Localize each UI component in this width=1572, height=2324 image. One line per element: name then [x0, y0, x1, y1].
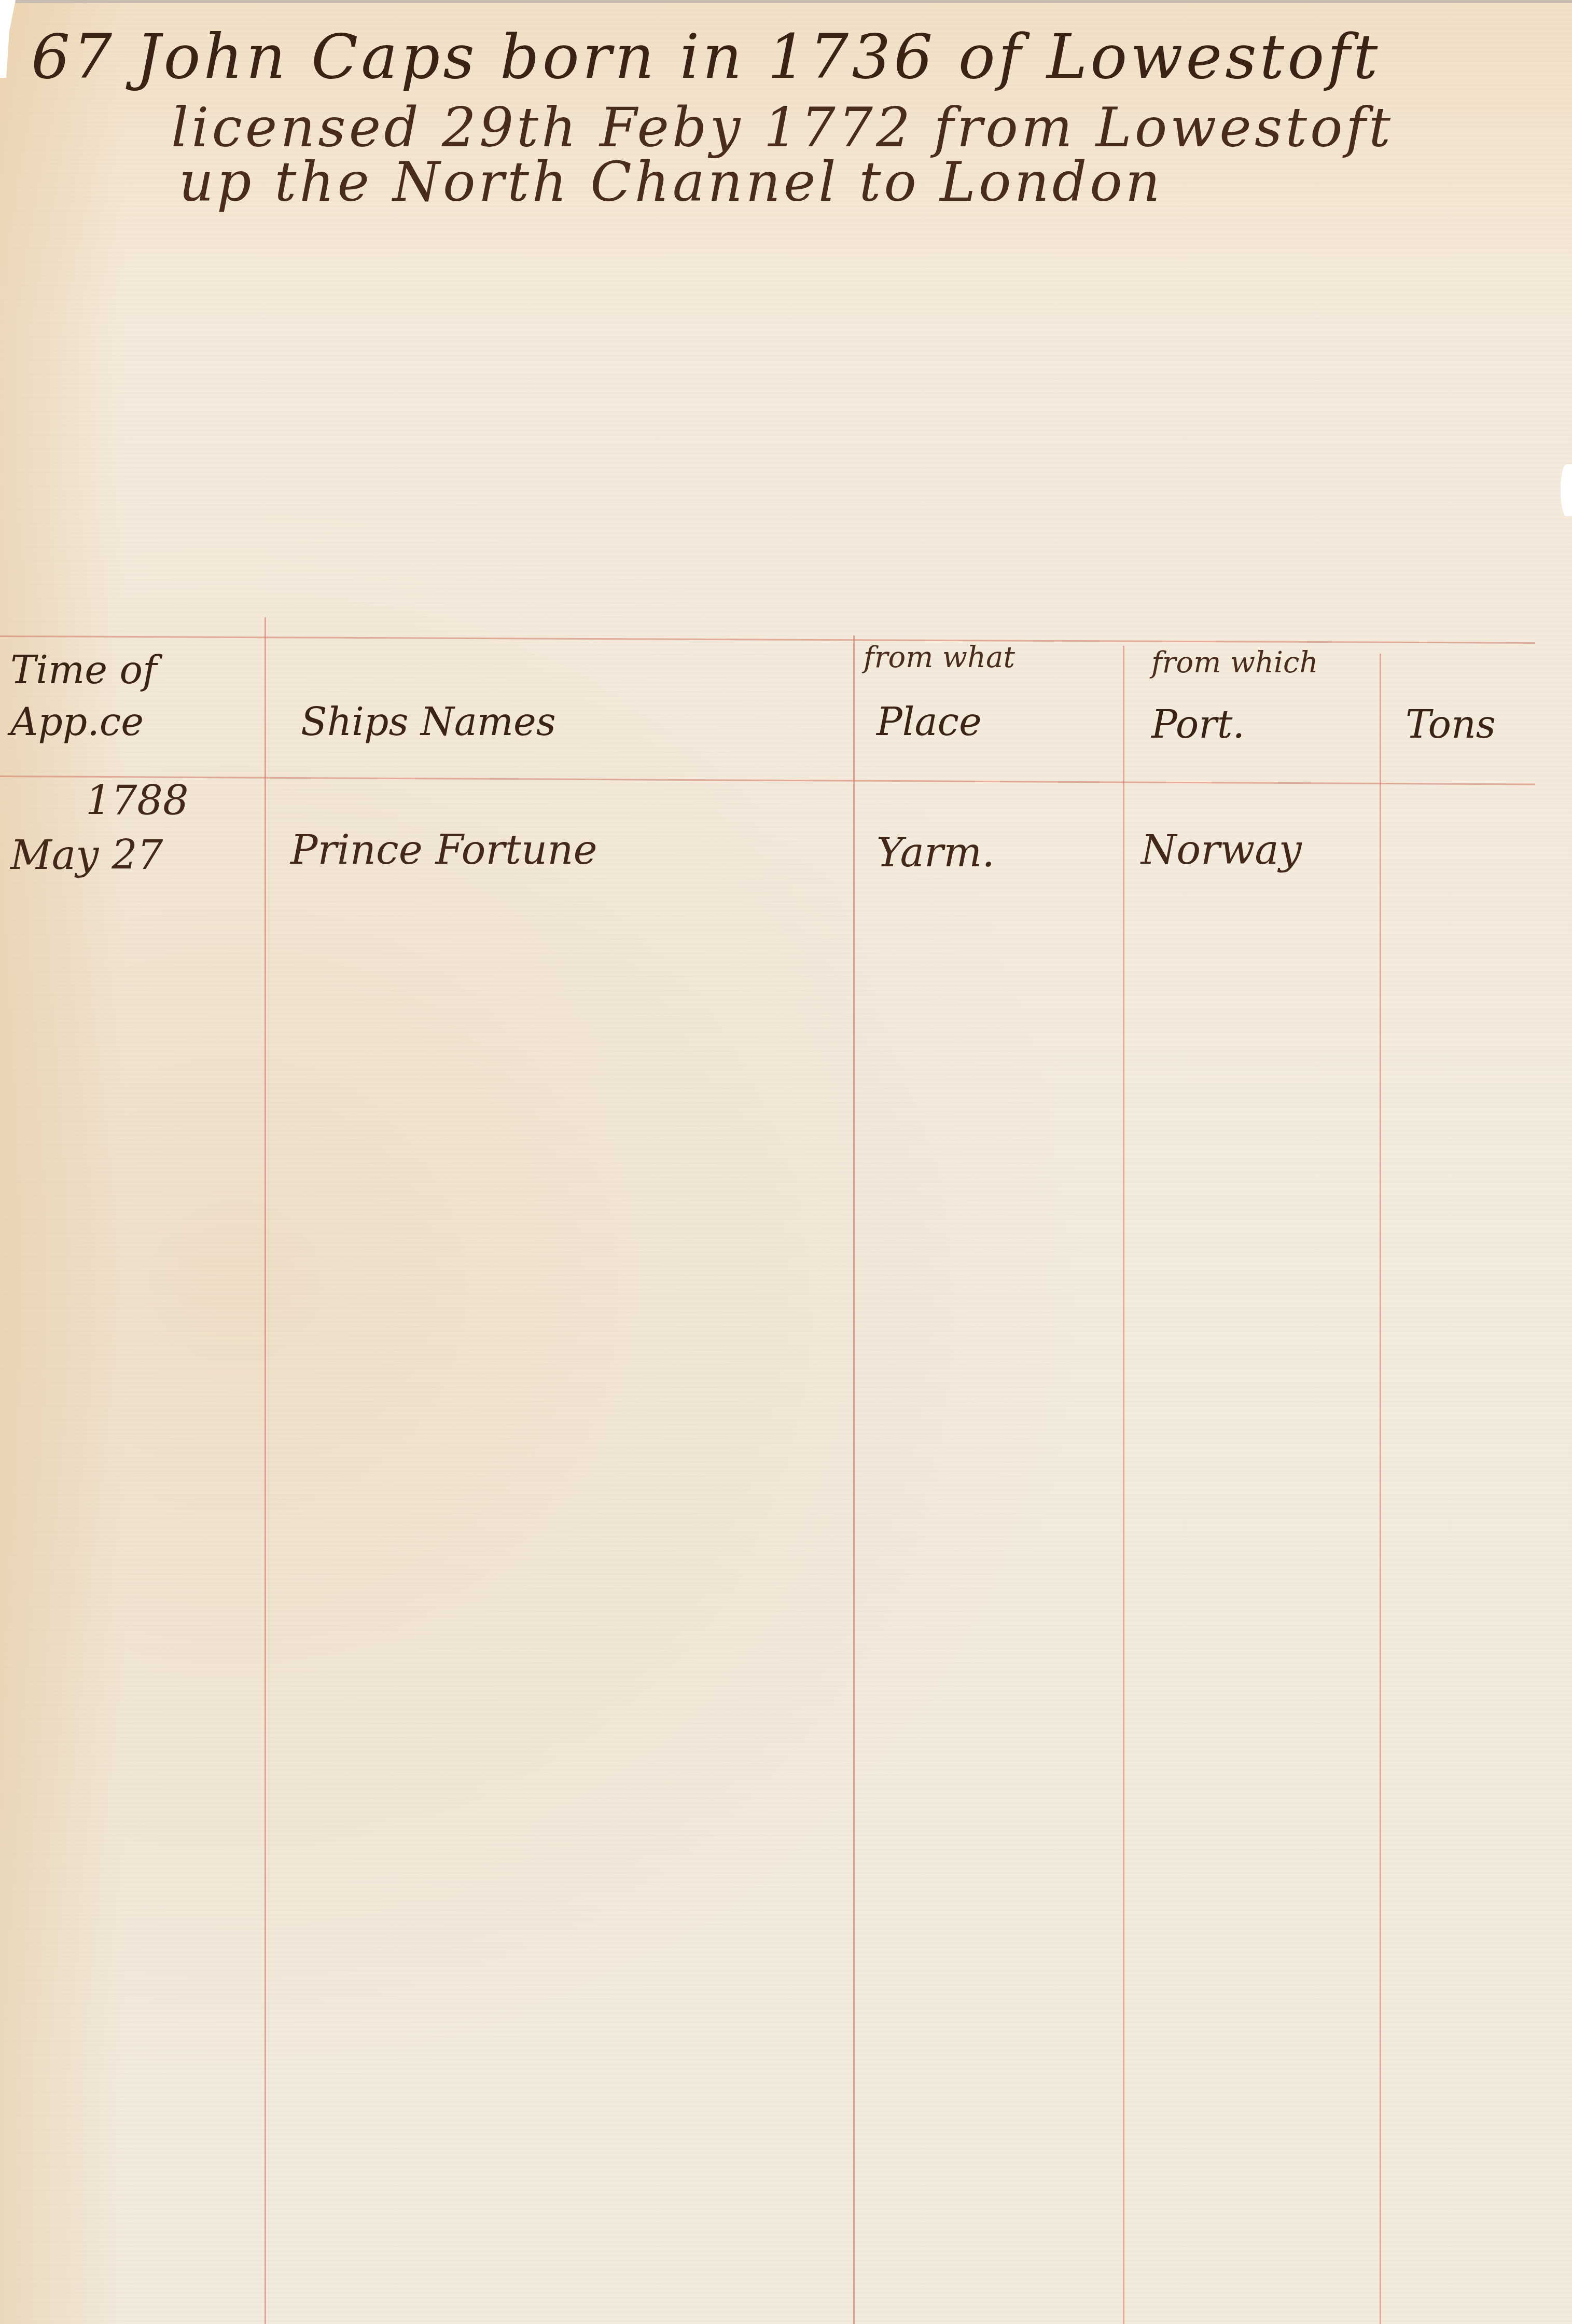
ledger-page: 67John Caps born in 1736 of Lowestoft li…: [0, 0, 1572, 2324]
column-divider-1: [265, 617, 266, 2324]
heading-line-2: licensed 29th Feby 1772 from Lowestoft: [171, 96, 1394, 159]
col-header-port-line1: from which: [1151, 648, 1318, 677]
paper-notch: [1561, 464, 1572, 516]
column-divider-4: [1380, 654, 1381, 2324]
row-1-year: 1788: [86, 781, 189, 821]
col-header-ships-names: Ships Names: [301, 703, 556, 741]
header-bottom-rule: [0, 776, 1535, 785]
table-top-rule: [0, 635, 1535, 644]
row-1-port: Norway: [1141, 830, 1302, 870]
torn-corner: [0, 0, 16, 78]
entry-number: 67: [31, 21, 115, 92]
heading-line-1-text: John Caps born in 1736 of Lowestoft: [136, 21, 1381, 92]
col-header-time-line1: Time of: [10, 651, 157, 689]
col-header-port-line2: Port.: [1151, 706, 1245, 744]
col-header-place-line1: from what: [864, 643, 1015, 672]
heading-line-3: up the North Channel to London: [179, 150, 1163, 214]
row-1-date: May 27: [10, 835, 163, 876]
column-divider-2: [853, 635, 855, 2324]
heading-line-1: 67John Caps born in 1736 of Lowestoft: [31, 21, 1381, 92]
column-divider-3: [1123, 646, 1124, 2324]
col-header-tons: Tons: [1406, 706, 1496, 744]
col-header-place-line2: Place: [877, 703, 982, 741]
scan-top-edge: [0, 0, 1572, 3]
row-1-ship-name: Prince Fortune: [290, 830, 597, 870]
col-header-time-line2: App.ce: [10, 703, 144, 741]
row-1-place: Yarm.: [877, 833, 995, 873]
